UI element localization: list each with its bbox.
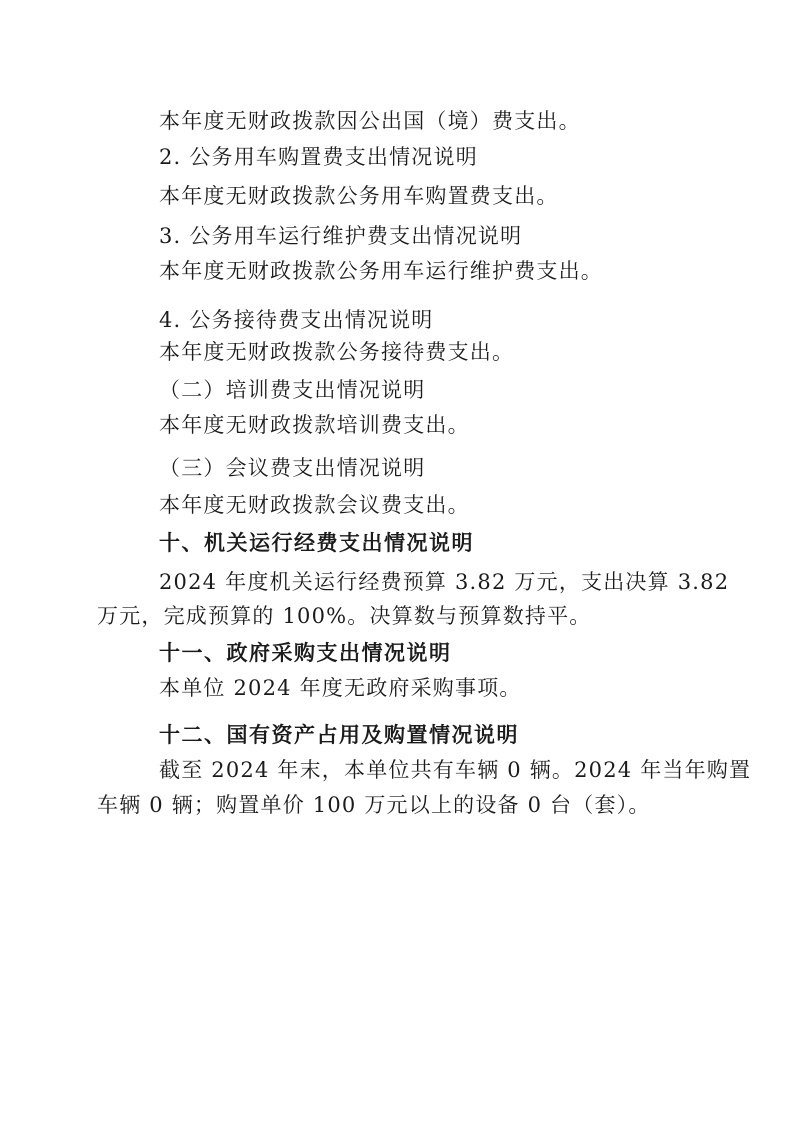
para-state-assets-line1: 截至 2024 年末，本单位共有车辆 0 辆。2024 年当年购置 (97, 759, 723, 782)
document-page: 本年度无财政拨款因公出国（境）费支出。 2. 公务用车购置费支出情况说明 本年度… (0, 0, 793, 1122)
para-meeting-fee: 本年度无财政拨款会议费支出。 (97, 494, 723, 517)
subheading-meeting-fee: （三）会议费支出情况说明 (97, 457, 723, 480)
para-vehicle-maintenance: 本年度无财政拨款公务用车运行维护费支出。 (97, 260, 723, 283)
subheading-vehicle-purchase: 2. 公务用车购置费支出情况说明 (97, 146, 723, 169)
heading-section-eleven-gov-procurement: 十一、政府采购支出情况说明 (97, 642, 723, 665)
para-training-fee: 本年度无财政拨款培训费支出。 (97, 414, 723, 437)
heading-section-ten-operating-expense: 十、机关运行经费支出情况说明 (97, 532, 723, 555)
para-gov-procurement: 本单位 2024 年度无政府采购事项。 (97, 677, 723, 700)
para-operating-expense-line1: 2024 年度机关运行经费预算 3.82 万元，支出决算 3.82 (97, 571, 723, 594)
para-operating-expense-line2: 万元，完成预算的 100%。决算数与预算数持平。 (97, 605, 723, 628)
para-official-reception: 本年度无财政拨款公务接待费支出。 (97, 341, 723, 364)
subheading-vehicle-maintenance: 3. 公务用车运行维护费支出情况说明 (97, 225, 723, 248)
subheading-official-reception: 4. 公务接待费支出情况说明 (97, 309, 723, 332)
subheading-training-fee: （二）培训费支出情况说明 (97, 379, 723, 402)
heading-section-twelve-state-assets: 十二、国有资产占用及购置情况说明 (97, 724, 723, 747)
para-overseas-expense: 本年度无财政拨款因公出国（境）费支出。 (97, 110, 723, 133)
para-vehicle-purchase: 本年度无财政拨款公务用车购置费支出。 (97, 185, 723, 208)
para-state-assets-line2: 车辆 0 辆；购置单价 100 万元以上的设备 0 台（套）。 (97, 794, 723, 817)
